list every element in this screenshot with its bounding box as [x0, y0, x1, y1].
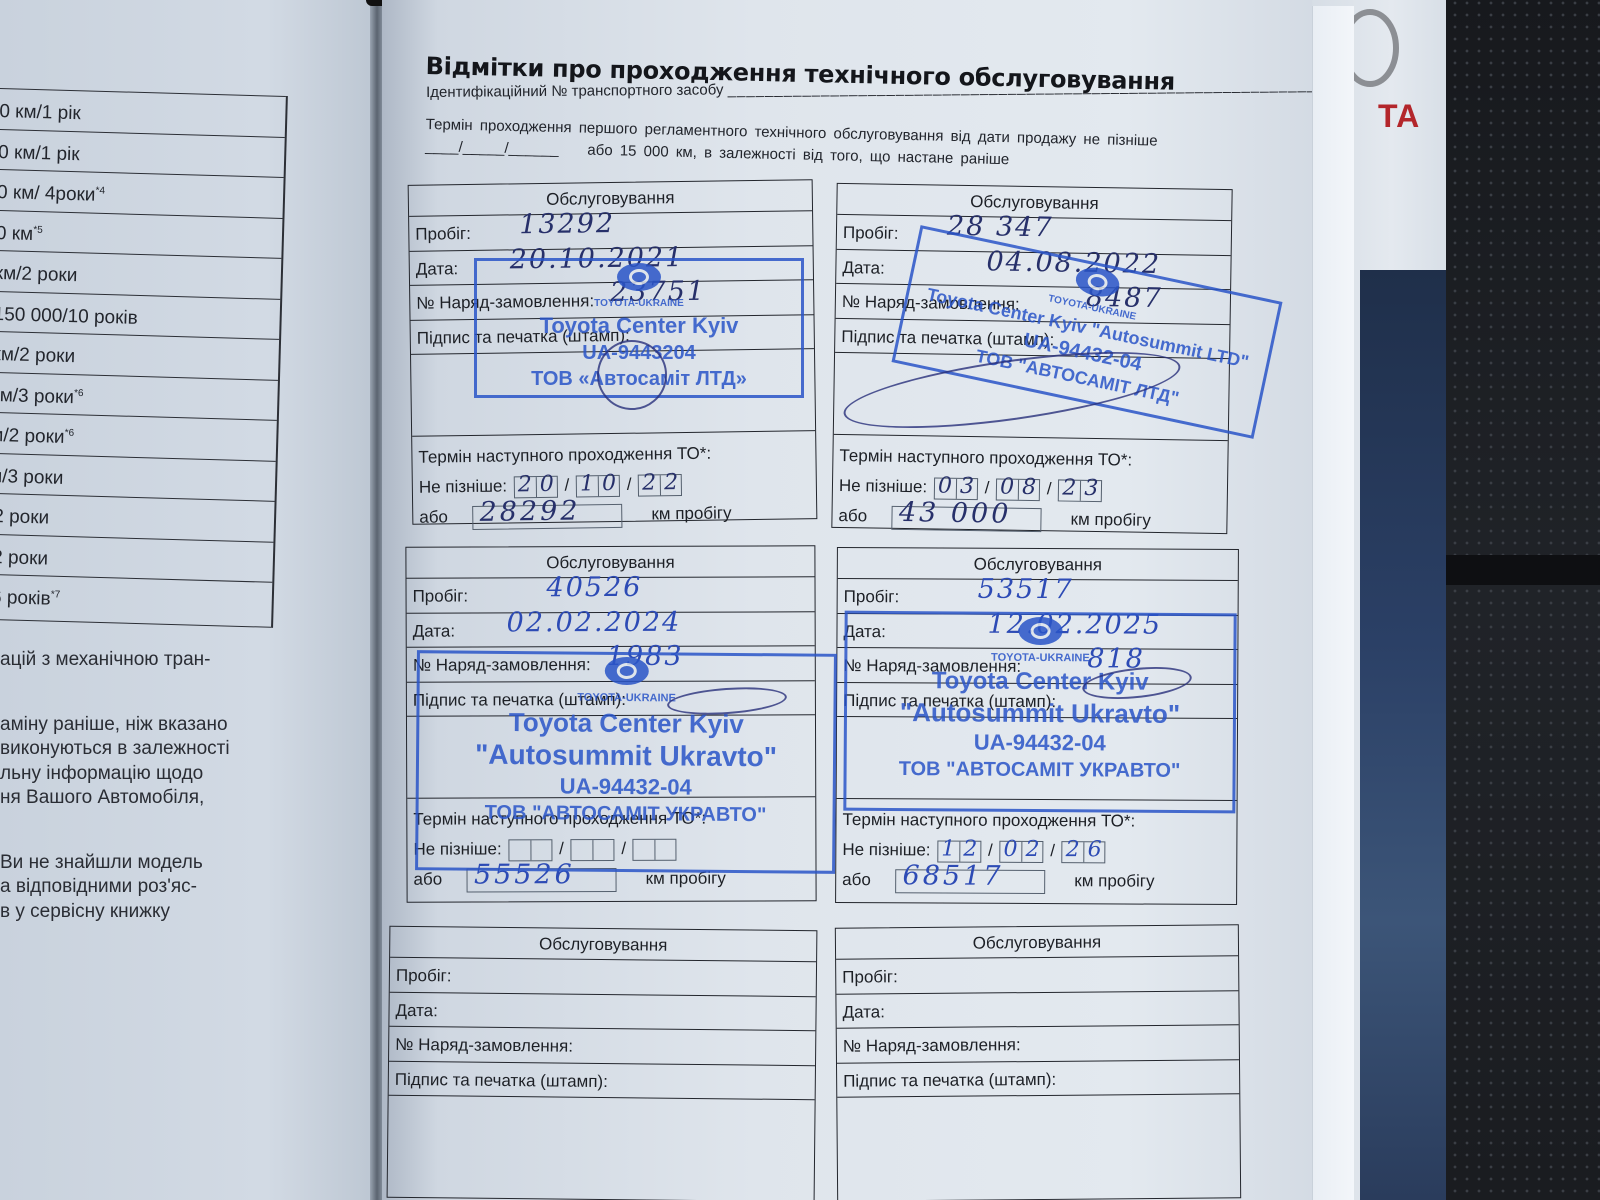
order-row: № Наряд-замовлення: 23751 [410, 280, 813, 320]
signature-area[interactable] [407, 715, 815, 798]
interval-table: 0 км/1 рік0 км/1 рік0 км/ 4роки*40 км*5 … [0, 88, 288, 628]
mileage-label: Пробіг: [415, 224, 471, 244]
leather-seam [1440, 555, 1600, 585]
next-km-field[interactable]: 55526 [467, 867, 617, 892]
note-line: виконуються в залежності [0, 737, 260, 762]
service-header: Обслуговування [390, 927, 816, 962]
next-km-line: або 55526 км пробігу [413, 863, 815, 894]
interval-text: км/3 роки [0, 384, 74, 407]
or-label: або [838, 506, 867, 525]
order-value[interactable]: 23751 [610, 276, 706, 308]
cover-photo [1360, 270, 1446, 1200]
km-mileage-label: км пробігу [651, 503, 731, 523]
note-line: ня Вашого Автомобіля, [0, 786, 260, 811]
date-separator: / [988, 841, 993, 860]
km-mileage-label: км пробігу [646, 869, 726, 888]
leather-background [1440, 0, 1600, 1200]
mileage-row: Пробіг: [836, 956, 1238, 994]
date-separator: / [1050, 841, 1055, 860]
mileage-label: Пробіг: [843, 223, 899, 243]
next-day-field[interactable] [508, 839, 552, 861]
next-month-field[interactable]: 02 [999, 840, 1043, 862]
order-label: № Наряд-замовлення: [843, 656, 1021, 676]
next-km-line: або 43 000 км пробігу [838, 501, 1226, 537]
interval-text: 0 км/1 рік [0, 101, 81, 124]
next-service-title: Термін наступного проходження ТО*: [413, 803, 815, 834]
interval-text: 0 км/1 рік [0, 141, 80, 164]
mileage-label: Пробіг: [413, 586, 469, 605]
next-year-field[interactable]: 22 [638, 474, 682, 497]
order-row: № Наряд-замовлення: 1983 [407, 646, 815, 682]
mileage-label: Пробіг: [396, 966, 452, 986]
insert-strip [1312, 6, 1354, 1200]
order-label: № Наряд-замовлення: [413, 655, 591, 675]
next-day-field[interactable]: 20 [514, 475, 558, 498]
left-notes: ацій з механічною тран- аміну раніше, ні… [0, 648, 260, 924]
signature-label: Підпис та печатка (штамп): [841, 327, 1054, 349]
signature-row: Підпис та печатка (штамп): [389, 1061, 815, 1100]
interval-text: 0 км [0, 222, 33, 244]
signature-label: Підпис та печатка (штамп): [843, 690, 1056, 710]
order-row: № Наряд-замовлення: 818 [837, 648, 1237, 685]
footnote-ref: *6 [74, 387, 84, 398]
order-value[interactable]: 1983 [607, 641, 684, 672]
next-km-field[interactable]: 68517 [896, 869, 1046, 894]
mileage-value[interactable]: 28 347 [947, 211, 1054, 244]
interval-text: м/2 роки [0, 425, 65, 448]
next-month-field[interactable] [571, 839, 615, 861]
note-block-1: ацій з механічною тран- [0, 648, 260, 673]
note-block-2: аміну раніше, ніж вказановиконуються в з… [0, 713, 260, 811]
date-label: Дата: [843, 621, 885, 640]
interval-text: м/3 роки [0, 465, 64, 488]
date-label: Дата: [842, 1002, 885, 1021]
signature-row: Підпис та печатка (штамп): [837, 1060, 1239, 1098]
date-separator: / [985, 478, 990, 497]
service-record-box: Обслуговування Пробіг: 53517 Дата: 12.02… [835, 547, 1239, 905]
next-km-field[interactable]: 43 000 [892, 505, 1042, 531]
date-label: Дата: [842, 258, 885, 278]
signature-row: Підпис та печатка (штамп): [407, 681, 815, 717]
footnote-ref: *7 [51, 589, 61, 600]
first-service-date-blank[interactable]: ____/_____/______ [425, 138, 559, 158]
interval-text: 0 км/ 4роки [0, 182, 96, 206]
mileage-value[interactable]: 53517 [978, 574, 1074, 606]
service-record-box: Обслуговування Пробіг: Дата: № Наряд-зам… [387, 926, 818, 1200]
next-day-field[interactable]: 12 [937, 840, 981, 862]
date-label: Дата: [413, 621, 455, 640]
date-value[interactable]: 04.08.2022 [986, 246, 1161, 280]
not-later-label: Не пізніше: [842, 840, 930, 859]
signature-label: Підпис та печатка (штамп): [843, 1069, 1056, 1090]
signature-row: Підпис та печатка (штамп): [835, 318, 1229, 359]
next-year-field[interactable]: 26 [1062, 841, 1106, 863]
service-record-box: Обслуговування Пробіг: Дата: № Наряд-зам… [835, 924, 1241, 1200]
first-service-note: Термін проходження першого регламентного… [425, 114, 1226, 176]
order-row: № Наряд-замовлення: [389, 1027, 815, 1066]
date-value[interactable]: 12.02.2025 [987, 608, 1162, 640]
signature-label: Підпис та печатка (штамп): [413, 689, 626, 709]
not-later-label: Не пізніше: [419, 476, 507, 496]
interval-text: /2 роки [0, 506, 49, 529]
next-day-field[interactable]: 03 [934, 477, 978, 500]
note-line: ацій з механічною тран- [0, 648, 260, 673]
left-page: 0 км/1 рік0 км/1 рік0 км/ 4роки*40 км*5 … [0, 0, 380, 1200]
date-row: Дата: 12.02.2025 [837, 613, 1237, 650]
or-label: або [419, 507, 448, 526]
order-label: № Наряд-замовлення: [395, 1035, 573, 1056]
order-label: № Наряд-замовлення: [842, 292, 1020, 314]
order-row: № Наряд-замовлення: [837, 1025, 1239, 1063]
interval-text: /2 роки [0, 546, 48, 569]
service-record-box: Обслуговування Пробіг: 40526 Дата: 02.02… [405, 545, 816, 902]
next-year-field[interactable]: 23 [1058, 479, 1102, 502]
order-label: № Наряд-замовлення: [416, 291, 594, 312]
note-line: в у сервісну книжку [0, 900, 260, 925]
mileage-value[interactable]: 13292 [519, 208, 615, 240]
footnote-ref: *4 [95, 185, 105, 196]
date-separator: / [564, 476, 569, 495]
not-later-label: Не пізніше: [839, 476, 928, 496]
service-record-page: Відмітки про проходження технічного обсл… [382, 0, 1312, 1200]
date-separator: / [627, 475, 632, 494]
or-label: або [414, 870, 443, 889]
interval-text: /6 років [0, 587, 51, 610]
signature-area[interactable] [411, 349, 815, 437]
footnote-ref: *6 [64, 428, 74, 439]
next-service-section: Термін наступного проходження ТО*: Не пі… [407, 797, 815, 894]
mileage-label: Пробіг: [842, 967, 898, 986]
note-line: льну інформацію щодо [0, 762, 260, 787]
signature-row: Підпис та печатка (штамп): [411, 315, 814, 355]
next-service-section: Термін наступного проходження ТО*: Не пі… [412, 431, 816, 533]
date-separator: / [559, 839, 564, 858]
next-km-line: або 68517 км пробігу [842, 865, 1236, 897]
note-line: Ви не знайшли модель [0, 851, 260, 876]
first-service-note-text-2: або 15 000 км, в залежності від того, що… [587, 142, 1009, 169]
mileage-value[interactable]: 40526 [546, 572, 642, 603]
cover-brand-text: TA [1378, 98, 1420, 135]
note-block-3: Ви не знайшли модельа відповідними роз'я… [0, 851, 260, 925]
signature-area[interactable] [837, 1094, 1240, 1180]
service-header: Обслуговування [836, 925, 1238, 960]
footnote-ref: *5 [33, 224, 43, 235]
note-line: аміну раніше, ніж вказано [0, 713, 260, 738]
signature-area[interactable] [834, 353, 1229, 441]
date-separator: / [1047, 479, 1052, 498]
next-service-title: Термін наступного проходження ТО*: [842, 805, 1236, 837]
interval-text: км/2 роки [0, 263, 78, 286]
next-month-field[interactable]: 08 [996, 478, 1040, 501]
date-value[interactable]: 02.02.2024 [507, 606, 682, 638]
km-mileage-label: км пробігу [1074, 871, 1154, 890]
next-km-field[interactable]: 28292 [473, 503, 623, 529]
order-value[interactable]: 8487 [1086, 282, 1163, 314]
next-service-section: Термін наступного проходження ТО*: Не пі… [836, 799, 1236, 897]
interval-text: 150 000/10 років [0, 303, 138, 328]
mileage-label: Пробіг: [844, 587, 900, 606]
mileage-row: Пробіг: [390, 958, 816, 997]
interval-text: км/2 роки [0, 344, 75, 367]
next-year-field[interactable] [633, 838, 677, 860]
date-label: Дата: [416, 259, 459, 279]
or-label: або [842, 870, 871, 889]
date-separator: / [621, 839, 626, 858]
not-later-label: Не пізніше: [413, 839, 501, 858]
not-later-line: Не пізніше: 12 / 02 / 26 [842, 835, 1236, 867]
date-label: Дата: [395, 1000, 438, 1019]
signature-area[interactable] [388, 1096, 815, 1182]
km-mileage-label: км пробігу [1070, 510, 1150, 530]
service-record-box: Обслуговування Пробіг: 13292 Дата: 20.10… [408, 179, 818, 525]
vin-label: Ідентифікаційний № транспортного засобу [426, 81, 724, 101]
order-value[interactable]: 818 [1087, 643, 1145, 674]
date-value[interactable]: 20.10.2021 [509, 241, 684, 274]
service-record-box: Обслуговування Пробіг: 28 347 Дата: 04.0… [831, 183, 1232, 534]
order-label: № Наряд-замовлення: [843, 1035, 1021, 1056]
next-service-section: Термін наступного проходження ТО*: Не пі… [832, 435, 1227, 537]
signature-row: Підпис та печатка (штамп): [837, 682, 1237, 719]
date-row: Дата: [389, 992, 815, 1031]
signature-label: Підпис та печатка (штамп): [417, 325, 630, 347]
signature-label: Підпис та печатка (штамп): [395, 1069, 608, 1090]
signature-area[interactable] [837, 717, 1237, 801]
note-line: а відповідними роз'яс- [0, 875, 260, 900]
next-month-field[interactable]: 10 [576, 474, 620, 497]
interval-row: /6 років*7 [0, 574, 272, 628]
next-km-line: або 28292 км пробігу [419, 497, 816, 533]
date-row: Дата: [836, 991, 1238, 1029]
